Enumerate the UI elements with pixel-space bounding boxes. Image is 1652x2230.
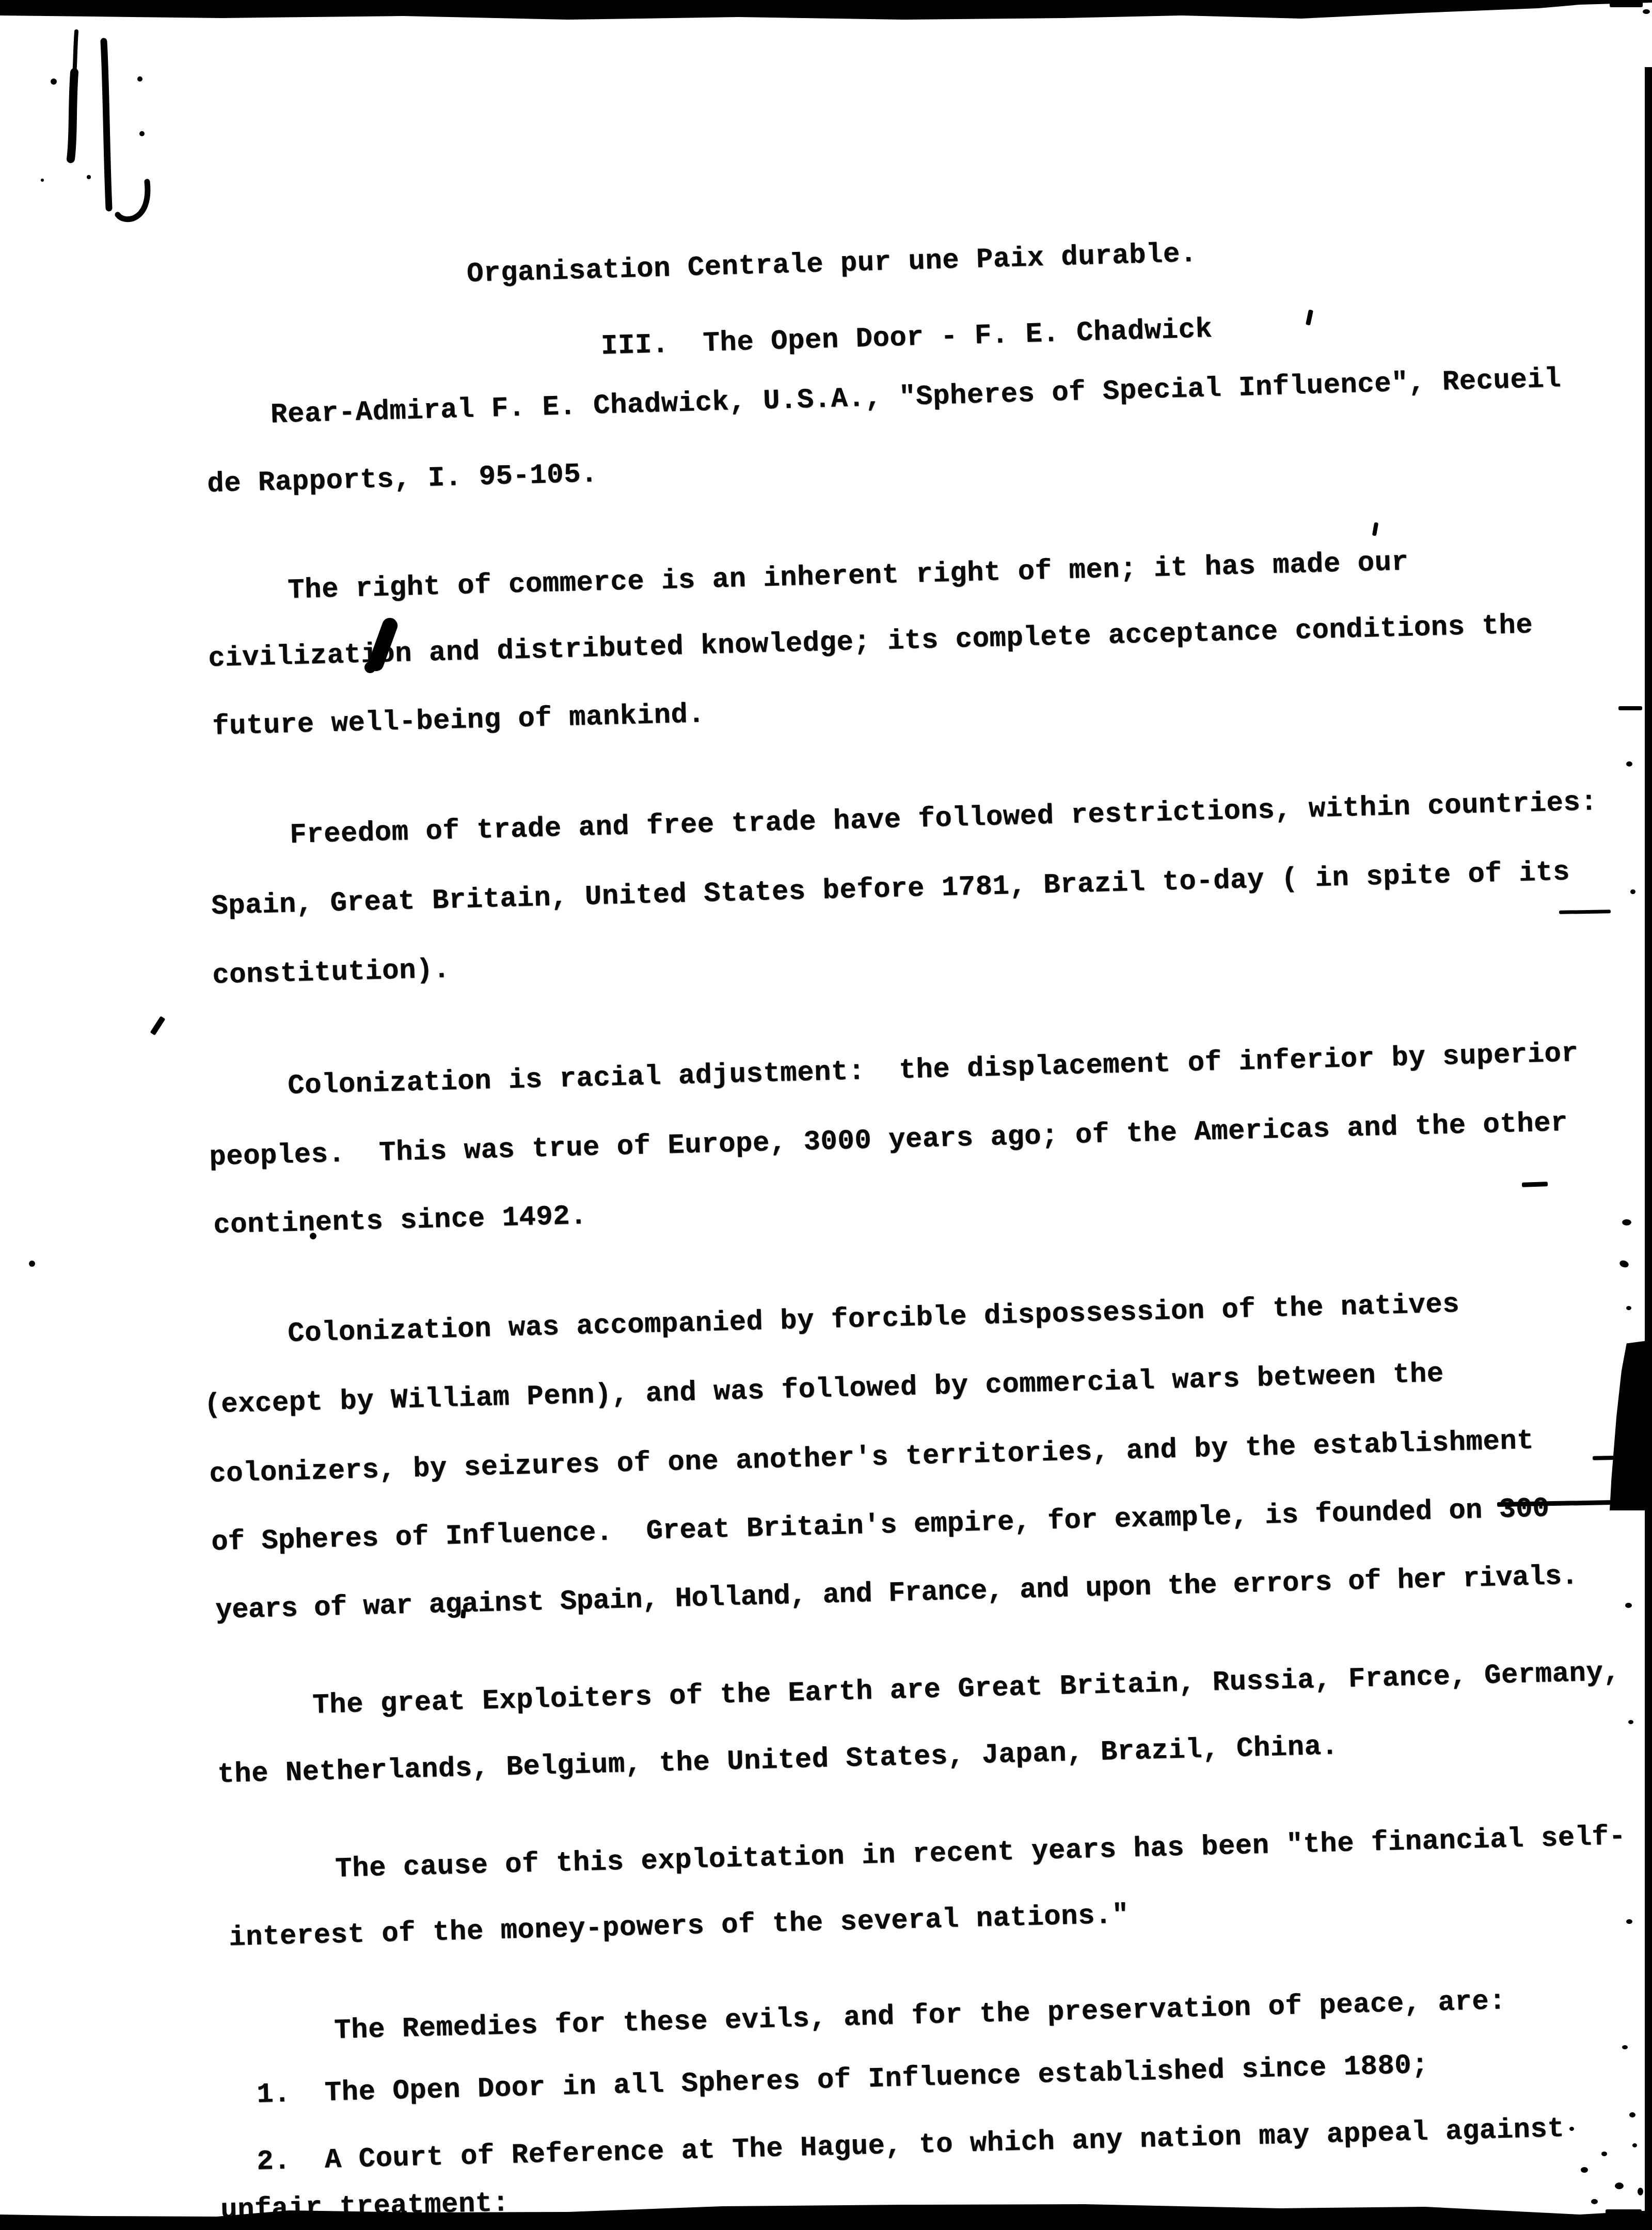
scan-speck <box>1643 9 1650 14</box>
scanned-typewritten-page: Organisation Centrale pur une Paix durab… <box>0 0 1652 2230</box>
scan-speck <box>1569 2127 1574 2131</box>
paragraph2-line2: Spain, Great Britain, United States befo… <box>211 858 1570 921</box>
scan-edge-top <box>0 0 1652 25</box>
ink-blob-right-margin <box>1610 1340 1652 1510</box>
scan-speck <box>29 1261 35 1267</box>
paragraph3-line2: peoples. This was true of Europe, 3000 y… <box>209 1109 1568 1172</box>
paragraph1-line1: The right of commerce is an inherent rig… <box>288 549 1409 605</box>
paragraph5-line1: The great Exploiters of the Earth are Gr… <box>312 1659 1621 1720</box>
list-item-1: 1. The Open Door in all Spheres of Influ… <box>257 2052 1429 2109</box>
paragraph1-line3: future well-being of mankind. <box>212 701 705 741</box>
paragraph6-line1: The cause of this exploitation in recent… <box>335 1823 1626 1884</box>
paragraph2-line3: constitution). <box>212 956 451 990</box>
scan-speck <box>1638 2188 1643 2195</box>
scan-speck <box>1622 2045 1628 2049</box>
paragraph1-line2: civilization and distributed knowledge; … <box>208 612 1533 673</box>
scan-speck <box>1522 1182 1548 1187</box>
scan-speck <box>1626 1306 1631 1310</box>
scan-speck <box>1626 1919 1632 1924</box>
scan-speck <box>1629 2112 1635 2117</box>
scan-speck <box>1622 1219 1631 1225</box>
scan-speck <box>1610 1 1643 7</box>
scan-speck <box>1601 2152 1607 2156</box>
handwritten-marks <box>10 5 176 243</box>
ink-blot-tail <box>364 662 376 673</box>
scan-speck <box>1628 1720 1633 1724</box>
scan-speck <box>460 1610 466 1619</box>
scan-speck <box>150 1016 166 1036</box>
paragraph4-line1: Colonization was accompanied by forcible… <box>288 1291 1460 1348</box>
scan-speck <box>1625 1603 1632 1608</box>
scan-speck <box>1306 309 1313 325</box>
paragraph4-line5: years of war against Spain, Holland, and… <box>215 1563 1578 1625</box>
paragraph7-line1: The Remedies for these evils, and for th… <box>334 1988 1506 2045</box>
paragraph3-line1: Colonization is racial adjustment: the d… <box>288 1040 1579 1101</box>
section-title-line: III. The Open Door - F. E. Chadwick <box>600 316 1213 361</box>
scan-speck <box>1372 522 1378 536</box>
paragraph2-line1: Freedom of trade and free trade have fol… <box>290 789 1598 850</box>
paragraph5-line2: the Netherlands, Belgium, the United Sta… <box>217 1733 1339 1789</box>
citation-line-1: Rear-Admiral F. E. Chadwick, U.S.A., "Sp… <box>270 365 1561 429</box>
scan-speck <box>1630 889 1635 894</box>
scan-speck <box>1618 1259 1629 1268</box>
scan-speck <box>1591 2199 1598 2204</box>
scan-speck <box>1615 2183 1624 2189</box>
scan-speck <box>1618 706 1642 710</box>
scan-speck <box>1632 2143 1637 2147</box>
list-item-2: 2. A Court of Reference at The Hague, to… <box>257 2115 1565 2176</box>
paragraph3-line3: continents since 1492. <box>213 1203 587 1240</box>
org-title-line: Organisation Centrale pur une Paix durab… <box>466 241 1197 289</box>
paragraph4-line4: of Spheres of Influence. Great Britain's… <box>211 1495 1550 1557</box>
scan-speck <box>1581 2167 1588 2173</box>
scan-speck <box>1559 910 1611 914</box>
scan-speck <box>1593 1455 1637 1460</box>
scan-edge-right <box>1645 67 1652 2230</box>
paragraph6-line2: interest of the money-powers of the seve… <box>229 1902 1130 1952</box>
paragraph4-line3: colonizers, by seizures of one another's… <box>209 1427 1534 1489</box>
citation-line-2: de Rapports, I. 95-105. <box>207 460 598 499</box>
scan-speck <box>1626 761 1632 767</box>
scan-speck <box>1606 2209 1642 2215</box>
paragraph4-line2: (except by William Penn), and was follow… <box>204 1360 1444 1420</box>
scan-speck <box>310 1233 316 1239</box>
